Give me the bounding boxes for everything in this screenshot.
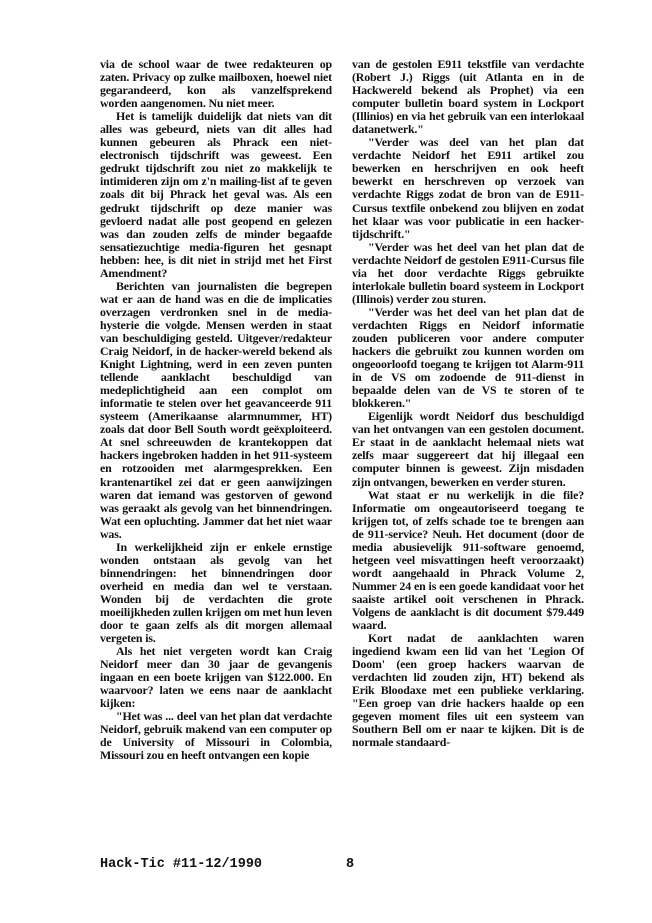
paragraph: "Verder was het deel van het plan dat de… — [352, 241, 584, 306]
paragraph: In werkelijkheid zijn er enkele ernstige… — [100, 541, 332, 645]
paragraph: via de school waar de twee redakteuren o… — [100, 58, 332, 110]
paragraph: Wat staat er nu werkelijk in die file? I… — [352, 489, 584, 633]
paragraph: "Verder was het deel van het plan dat de… — [352, 306, 584, 410]
issue-label: Hack-Tic #11-12/1990 — [100, 857, 262, 872]
paragraph: "Het was ... deel van het plan dat verda… — [100, 710, 332, 762]
paragraph: Eigenlijk wordt Neidorf dus beschuldigd … — [352, 410, 584, 488]
document-page: via de school waar de twee redakteuren o… — [0, 0, 652, 923]
paragraph: Als het niet vergeten wordt kan Craig Ne… — [100, 645, 332, 710]
paragraph: Het is tamelijk duidelijk dat niets van … — [100, 110, 332, 280]
paragraph: Kort nadat de aanklachten waren ingedien… — [352, 632, 584, 749]
text-column-right: van de gestolen E911 tekstfile van verda… — [352, 58, 584, 749]
paragraph: "Verder was deel van het plan dat verdac… — [352, 136, 584, 240]
text-column-left: via de school waar de twee redakteuren o… — [100, 58, 332, 763]
paragraph: van de gestolen E911 tekstfile van verda… — [352, 58, 584, 136]
paragraph: Berichten van journalisten die begrepen … — [100, 280, 332, 541]
page-number: 8 — [346, 857, 354, 872]
